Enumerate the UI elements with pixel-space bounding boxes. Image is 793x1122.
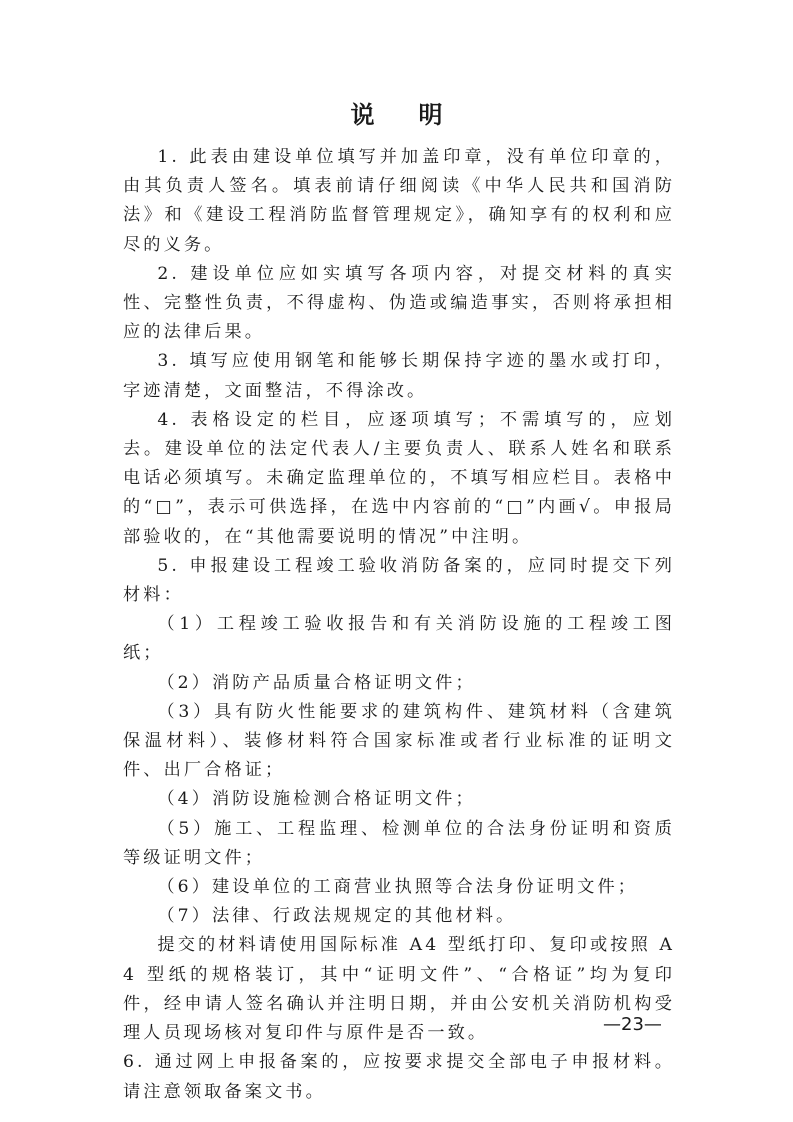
page-number: —23— [603,1013,662,1037]
page-title-char-2: 明 [419,101,443,129]
paragraph-1-stamp-requirement: 1. 此表由建设单位填写并加盖印章，没有单位印章的，由其负责人签名。填表前请仔细… [123,143,675,260]
paragraph-materials-format-note: 提交的材料请使用国际标准 A4 型纸打印、复印或按照 A4 型纸的规格装订，其中… [123,931,675,1048]
list-item-material-7: （7）法律、行政法规规定的其他材料。 [123,902,675,931]
list-item-material-6: （6）建设单位的工商营业执照等合法身份证明文件； [123,873,675,902]
list-item-material-3: （3）具有防火性能要求的建筑构件、建筑材料（含建筑保温材料）、装修材料符合国家标… [123,698,675,786]
list-item-material-4: （4）消防设施检测合格证明文件； [123,785,675,814]
paragraph-4-form-fields: 4. 表格设定的栏目，应逐项填写；不需填写的，应划去。建设单位的法定代表人/主要… [123,406,675,552]
list-item-material-2: （2）消防产品质量合格证明文件； [123,669,675,698]
list-item-material-1: （1）工程竣工验收报告和有关消防设施的工程竣工图纸； [123,610,675,668]
page-title-char-1: 说 [351,101,375,129]
paragraph-2-truthfulness: 2. 建设单位应如实填写各项内容，对提交材料的真实性、完整性负责，不得虚构、伪造… [123,260,675,348]
page-title: 说明 [0,98,793,132]
paragraph-6-online-filing: 6. 通过网上申报备案的，应按要求提交全部电子申报材料。请注意领取备案文书。 [123,1048,675,1106]
list-item-material-5: （5）施工、工程监理、检测单位的合法身份证明和资质等级证明文件； [123,815,675,873]
instructions-body: 1. 此表由建设单位填写并加盖印章，没有单位印章的，由其负责人签名。填表前请仔细… [123,143,675,1107]
paragraph-5-required-materials: 5. 申报建设工程竣工验收消防备案的，应同时提交下列材料： [123,552,675,610]
document-page: 说明 1. 此表由建设单位填写并加盖印章，没有单位印章的，由其负责人签名。填表前… [0,0,793,1122]
paragraph-3-writing-tools: 3. 填写应使用钢笔和能够长期保持字迹的墨水或打印，字迹清楚，文面整洁，不得涂改… [123,347,675,405]
